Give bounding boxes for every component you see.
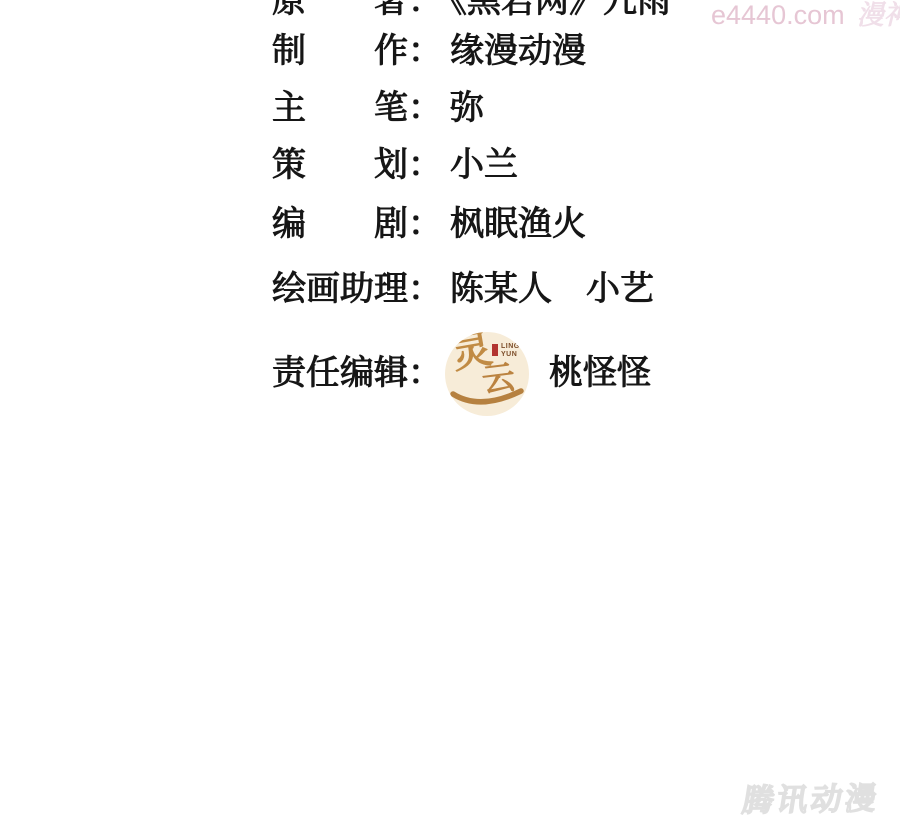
credit-role-label: 主 笔 xyxy=(272,89,408,127)
logo-red-seal-icon xyxy=(492,344,498,356)
logo-latin-line1: LING xyxy=(501,343,520,351)
credit-role-label: 原 著 xyxy=(272,0,408,20)
credit-colon: ： xyxy=(408,146,442,184)
credit-value: 小兰 xyxy=(450,146,518,184)
credit-colon: ： xyxy=(408,89,442,127)
credit-colon: ： xyxy=(408,0,442,20)
credit-colon: ： xyxy=(408,32,442,70)
credit-role-label: 策 划 xyxy=(272,146,408,184)
credit-value: 弥 xyxy=(450,89,484,127)
credit-role-label: 制 作 xyxy=(272,32,408,70)
credit-role-label: 绘画助理 xyxy=(272,270,408,308)
logo-brush-stroke-icon xyxy=(448,385,526,413)
credit-value: 陈某人 小艺 xyxy=(450,270,654,308)
credit-value: 缘漫动漫 xyxy=(450,32,586,70)
credit-value: 《黑岩网》九雨 xyxy=(450,0,671,20)
credit-colon: ： xyxy=(408,205,442,243)
logo-latin-name: LING YUN xyxy=(501,343,520,359)
credit-role-group: 责任编辑： xyxy=(272,356,442,392)
credit-colon: ： xyxy=(408,270,442,308)
watermark-brand-name: 漫神 xyxy=(857,0,900,30)
watermark-site-url: e4440.com xyxy=(711,0,845,30)
credit-row-original-work: 原 著：《黑岩网》九雨 xyxy=(272,0,671,20)
watermark-tencent-comics: 腾讯动漫 xyxy=(740,780,882,820)
credit-row-art-assistants: 绘画助理：陈某人 小艺 xyxy=(272,272,654,308)
credit-role-label: 责任编辑 xyxy=(272,354,408,392)
credit-value: 桃怪怪 xyxy=(549,356,651,392)
credit-value: 枫眠渔火 xyxy=(450,205,586,243)
credit-row-chief-editor: 责任编辑： 灵 云 LING YUN 桃怪怪 xyxy=(272,332,651,416)
credit-row-planner: 策 划：小兰 xyxy=(272,148,518,184)
credit-row-production: 制 作：缘漫动漫 xyxy=(272,34,586,70)
watermark-top-right: e4440.com漫神 xyxy=(711,2,900,29)
logo-latin-line2: YUN xyxy=(501,351,520,359)
credit-row-lead-artist: 主 笔：弥 xyxy=(272,91,484,127)
comic-credits-page: e4440.com漫神 原 著：《黑岩网》九雨 制 作：缘漫动漫 主 笔：弥 策… xyxy=(0,0,900,833)
credit-role-label: 编 剧 xyxy=(272,205,408,243)
credit-colon: ： xyxy=(408,354,442,392)
lingyun-publisher-logo: 灵 云 LING YUN xyxy=(445,332,529,416)
credit-row-scriptwriter: 编 剧：枫眠渔火 xyxy=(272,207,586,243)
